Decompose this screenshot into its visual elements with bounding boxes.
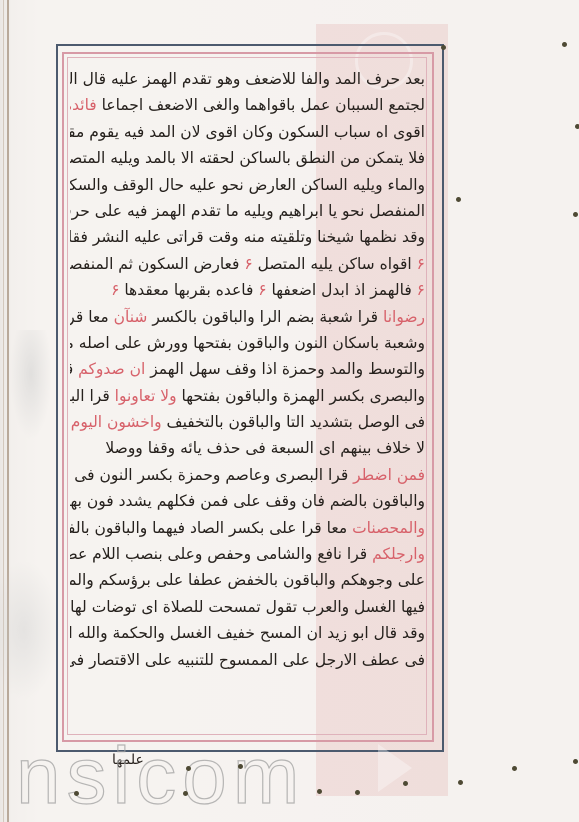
brand-watermark: nsicom [16, 736, 305, 816]
body-text: اقوى اه سباب السكون وكان اقوى لان المد ف… [70, 123, 425, 141]
body-text: المنفصل نحو يا ابراهيم ويليه ما تقدم اله… [70, 202, 425, 220]
manuscript-page: بعد حرف المد والفا للاضعف وهو تقدم الهمز… [0, 0, 579, 822]
body-text: فى الوصل بتشديد التا والباقون بالتخفيف [162, 413, 425, 431]
body-text: فى عطف الارجل على الممسوح للتنبيه على ال… [70, 651, 425, 669]
body-text: فلا يتمكن من النطق بالساكن لحقته الا بال… [70, 149, 425, 167]
manuscript-line: وقد نظمها شيخنا وتلقيته منه وقت قراتى عل… [70, 224, 425, 250]
rubric-text: ۶ [412, 281, 425, 299]
manuscript-line: ۶ اقواه ساكن يليه المتصل ۶ فعارض السكون … [70, 251, 425, 277]
body-text: والتوسط والمد وحمزة اذا وقف سهل الهمز [145, 360, 425, 378]
ink-speck [458, 780, 463, 785]
rubric-text: ۶ [253, 281, 266, 299]
rubric-text: ۶ [239, 255, 252, 273]
rubric-text: والمحصنات [347, 519, 425, 537]
manuscript-line: على وجوهكم والباقون بالخفض عطفا على برؤس… [70, 567, 425, 593]
rubric-text: فائدة [70, 96, 97, 114]
ink-speck [403, 781, 408, 786]
ink-speck [562, 42, 567, 47]
manuscript-line: ۶ فالهمز اذ ابدل اضعفها ۶ فاعده بقربها م… [70, 277, 425, 303]
ink-speck [575, 124, 579, 129]
show-through-motif [0, 560, 60, 700]
manuscript-line: وشعبة باسكان النون والباقون بفتحها وورش … [70, 330, 425, 356]
body-text: والباقون بالضم فان وقف على فمن فكلهم يشد… [70, 492, 425, 510]
manuscript-line: لا خلاف بينهم اى السبعة فى حذف يائه وقفا… [70, 435, 425, 461]
ink-speck [355, 790, 360, 795]
rubric-text: فمن اضطر [348, 466, 425, 484]
manuscript-line: والتوسط والمد وحمزة اذا وقف سهل الهمز ان… [70, 356, 425, 382]
body-text: فاعده بقربها معقدها [119, 281, 253, 299]
rubric-text: رضوانا [378, 308, 425, 326]
rubric-text: ۶ [412, 255, 425, 273]
manuscript-text-block: بعد حرف المد والفا للاضعف وهو تقدم الهمز… [70, 66, 425, 736]
rubric-text: واخشون اليوم [71, 413, 162, 431]
ink-speck [74, 791, 79, 796]
body-text: قرا شعبة بضم الرا والباقون بالكسر [147, 308, 378, 326]
manuscript-line: بعد حرف المد والفا للاضعف وهو تقدم الهمز… [70, 66, 425, 92]
body-text: معا قرا على بكسر الصاد فيهما والباقون با… [70, 519, 347, 537]
body-text: بعد حرف المد والفا للاضعف وهو تقدم الهمز… [70, 70, 425, 88]
manuscript-line: فيها الغسل والعرب تقول تمسحت للصلاة اى ت… [70, 594, 425, 620]
ink-speck [186, 766, 191, 771]
body-text: قرا البصرى وعاصم وحمزة بكسر النون فى الو… [70, 466, 348, 484]
body-text: فيها الغسل والعرب تقول تمسحت للصلاة اى ت… [70, 598, 425, 616]
body-text: وقد قال ابو زيد ان المسح خفيف الغسل والح… [70, 624, 425, 642]
manuscript-line: اقوى اه سباب السكون وكان اقوى لان المد ف… [70, 119, 425, 145]
body-text: فالهمز اذ ابدل اضعفها [267, 281, 412, 299]
rubric-text: وارجلكم [367, 545, 425, 563]
body-text: قرا البزى [70, 387, 110, 405]
body-text: وشعبة باسكان النون والباقون بفتحها وورش … [70, 334, 425, 352]
body-text: والبصرى بكسر الهمزة والباقون بفتحها [177, 387, 425, 405]
manuscript-line: فمن اضطر قرا البصرى وعاصم وحمزة بكسر الن… [70, 462, 425, 488]
ink-speck [238, 764, 243, 769]
rubric-text: شنآن [109, 308, 148, 326]
manuscript-line: رضوانا قرا شعبة بضم الرا والباقون بالكسر… [70, 304, 425, 330]
body-text: قرا نافع والشامى وحفص وعلى بنصب اللام عط… [70, 545, 367, 563]
ink-speck [183, 791, 188, 796]
ink-speck [456, 197, 461, 202]
ink-speck [573, 759, 578, 764]
rubric-text: ولا تعاونوا [110, 387, 177, 405]
ink-speck [512, 766, 517, 771]
ink-speck [573, 212, 578, 217]
body-text: والماء ويليه الساكن العارض نحو عليه حال … [70, 176, 425, 194]
manuscript-line: والبصرى بكسر الهمزة والباقون بفتحها ولا … [70, 383, 425, 409]
body-text: لا خلاف بينهم اى السبعة فى حذف يائه وقفا… [105, 439, 425, 457]
manuscript-line: وقد قال ابو زيد ان المسح خفيف الغسل والح… [70, 620, 425, 646]
rubric-text: ان صدوكم [73, 360, 145, 378]
body-text: فعارض السكون ثم المنفصل [70, 255, 239, 273]
manuscript-line: فى الوصل بتشديد التا والباقون بالتخفيف و… [70, 409, 425, 435]
manuscript-line: والمحصنات معا قرا على بكسر الصاد فيهما و… [70, 515, 425, 541]
manuscript-line: وارجلكم قرا نافع والشامى وحفص وعلى بنصب … [70, 541, 425, 567]
manuscript-line: والماء ويليه الساكن العارض نحو عليه حال … [70, 172, 425, 198]
ink-speck [441, 45, 446, 50]
ink-speck [317, 789, 322, 794]
manuscript-line: والباقون بالضم فان وقف على فمن فكلهم يشد… [70, 488, 425, 514]
show-through-motif [10, 330, 52, 440]
body-text: اقواه ساكن يليه المتصل [253, 255, 412, 273]
manuscript-line: فلا يتمكن من النطق بالساكن لحقته الا بال… [70, 145, 425, 171]
body-text: لجتمع السببان عمل باقواهما والغى الاضعف … [97, 96, 425, 114]
body-text: على وجوهكم والباقون بالخفض عطفا على برؤس… [70, 571, 425, 589]
manuscript-line: فى عطف الارجل على الممسوح للتنبيه على ال… [70, 647, 425, 673]
manuscript-line: المنفصل نحو يا ابراهيم ويليه ما تقدم اله… [70, 198, 425, 224]
body-text: معا قرا الشامى [70, 308, 109, 326]
manuscript-line: لجتمع السببان عمل باقواهما والغى الاضعف … [70, 92, 425, 118]
body-text: وقد نظمها شيخنا وتلقيته منه وقت قراتى عل… [70, 228, 425, 246]
